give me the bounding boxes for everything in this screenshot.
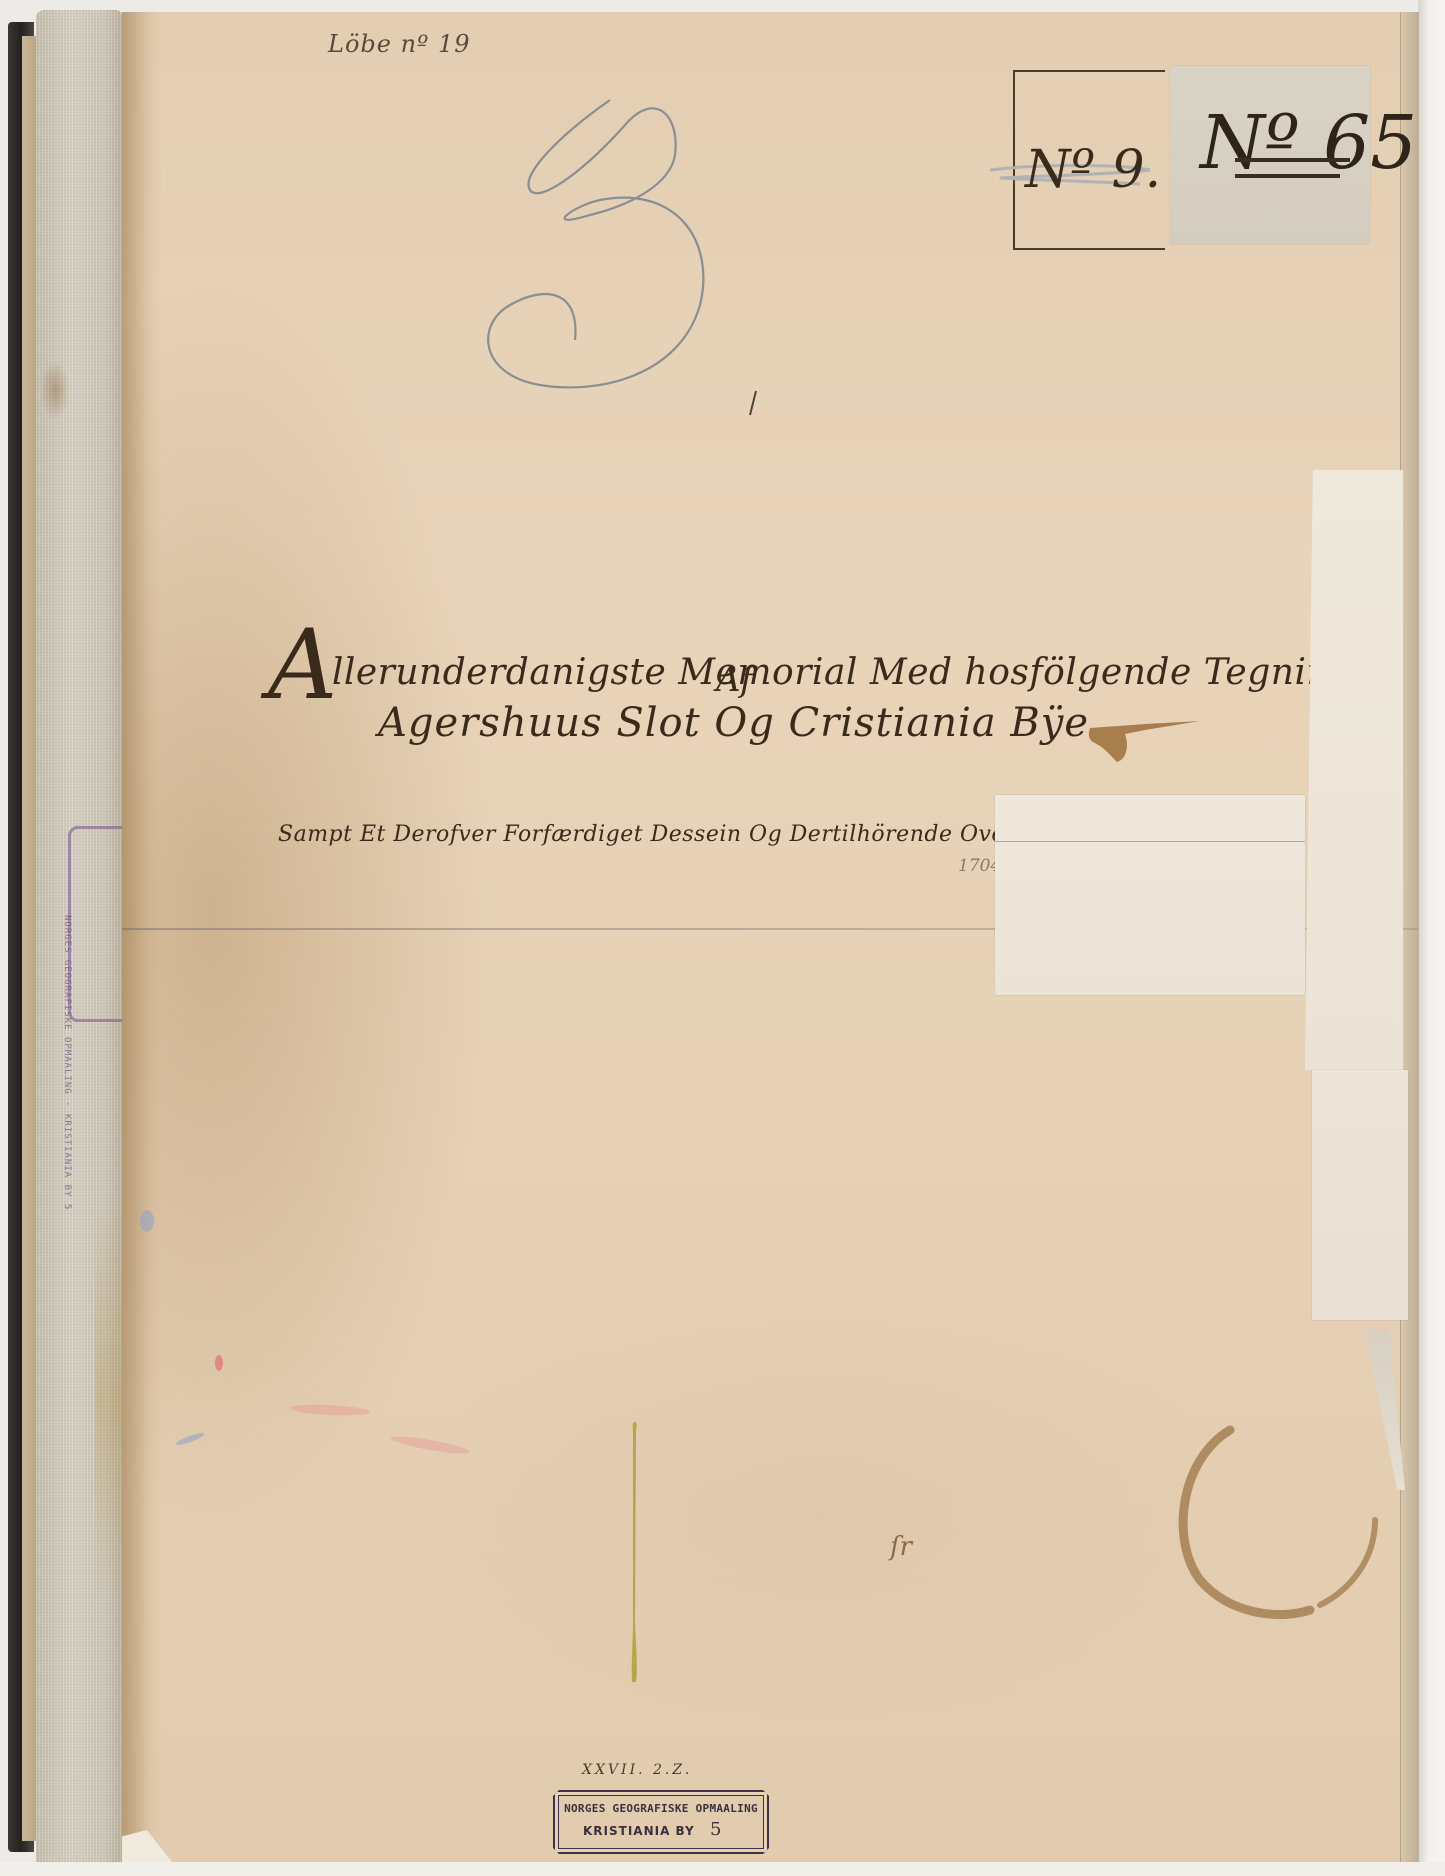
shelf-mark: Löbe nº 19 [328,30,471,58]
stamp-line-1: NORGES GEOGRAFISKE OPMAALING [555,1802,767,1815]
side-stamp-number: 5 [62,1204,72,1210]
pencil-three-icon [480,95,740,405]
background-bottom [0,1862,1445,1876]
side-stamp-line-2: KRISTIANIA BY [62,1114,72,1197]
repair-strip-vertical [1305,470,1403,1070]
spine-stain [95,1200,125,1600]
green-paint-drip [628,1420,642,1685]
strikethrough-line [1235,158,1350,162]
spine-stain [40,360,70,420]
title-line-4: Sampt Et Derofver Forfærdiget Dessein Og… [278,822,1071,847]
repair-strip-horizontal [995,795,1305,995]
number-label-9: Nº 9. [1025,140,1161,200]
repair-strip-lower [1312,1070,1408,1320]
background-page-edge [1418,0,1445,1876]
strikethrough-line [1235,174,1340,178]
stamp-line-2: KRISTIANIA BY [583,1824,695,1838]
binding-inner-edge [22,36,36,1841]
pencil-number-3 [480,95,740,405]
blue-paint-mark [140,1210,154,1232]
archive-reference: XXVII. 2.Z. [582,1762,692,1778]
title-line-3: Agershuus Slot Og Cristiania Bÿe [378,700,1089,746]
stamp-number: 5 [710,1819,721,1840]
small-ink-marks: ſr [890,1532,912,1562]
pink-paint-mark [215,1355,223,1371]
cover-left-shading [122,12,162,1862]
pencil-tick [748,390,758,416]
side-stamp-line-1: NORGES GEOGRAFISKE OPMAALING [62,915,72,1095]
strip-fold-line [995,841,1305,842]
title-line-2: Af [716,660,753,700]
title-line-1-text: llerunderdanigste Memorial Med hosfölgen… [332,652,1354,693]
archive-stamp: NORGES GEOGRAFISKE OPMAALING KRISTIANIA … [553,1790,769,1854]
title-initial: A [268,609,338,721]
document-scan: NORGES GEOGRAFISKE OPMAALING · KRISTIANI… [0,0,1445,1876]
side-stamp-text: NORGES GEOGRAFISKE OPMAALING · KRISTIANI… [62,915,72,1210]
ink-blot-stain [1085,718,1205,768]
coffee-ring-stain [1160,1410,1390,1630]
title-line-1: Allerunderdanigste Memorial Med hosfölge… [268,595,1354,707]
